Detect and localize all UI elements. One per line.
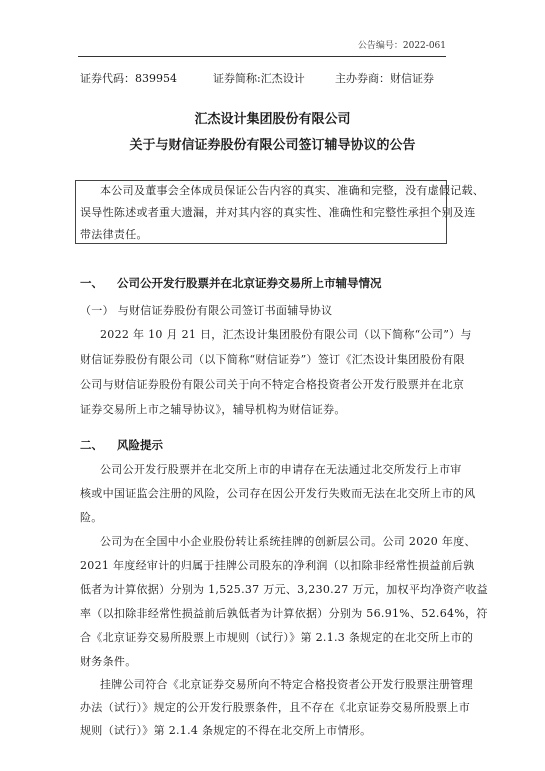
stock-code: 证券代码：839954: [80, 70, 177, 86]
paragraph-line: 合《北京证券交易所股票上市规则（试行）》第 2.1.3 条规定的在北交所上市的: [80, 629, 473, 645]
section-number: 一、: [80, 275, 103, 291]
sponsor-broker: 主办券商：财信证券: [335, 70, 434, 86]
section-number: 二、: [80, 437, 103, 453]
paragraph-line: 财务条件。: [80, 653, 137, 669]
title-company: 汇杰设计集团股份有限公司: [0, 108, 545, 127]
paragraph-line: 2022 年 10 月 21 日，汇杰设计集团股份有限公司（以下简称“公司”）与: [100, 326, 472, 342]
header-rule: [78, 56, 446, 57]
paragraph-line: 证券交易所上市之辅导协议》，辅导机构为财信证券。: [80, 401, 346, 417]
paragraph-line: 2021 年度经审计的归属于挂牌公司股东的净利润（以扣除非经常性损益前后孰: [80, 557, 475, 573]
section-title: 公司公开发行股票并在北京证券交易所上市辅导情况: [117, 275, 382, 291]
disclaimer-line: 误导性陈述或者重大遗漏，并对其内容的真实性、准确性和完整性承担个别及连: [80, 204, 476, 220]
paragraph-line: 公司与财信证券股份有限公司关于向不特定合格投资者公开发行股票并在北京: [80, 376, 464, 392]
paragraph-line: 办法（试行）》规定的公开发行股票条件，且不存在《北京证券交易所股票上市: [80, 699, 470, 715]
paragraph-line: 公司公开发行股票并在北交所上市的申请存在无法通过北交所发行上市审: [100, 461, 462, 477]
paragraph-line: 低者为计算依据）分别为 1,525.37 万元、3,230.27 万元，加权平均…: [80, 581, 488, 597]
section-title: 风险提示: [117, 437, 163, 453]
paragraph-line: 挂牌公司符合《北京证券交易所向不特定合格投资者公开发行股票注册管理: [100, 676, 473, 692]
disclaimer-line: 本公司及董事会全体成员保证公告内容的真实、准确和完整，没有虚假记载、: [100, 182, 484, 198]
paragraph-line: 核或中国证监会注册的风险，公司存在因公开发行失败而无法在北交所上市的风: [80, 485, 476, 501]
paragraph-line: 率（以扣除非经常性损益前后孰低者为计算依据）分别为 56.91%、52.64%，…: [80, 605, 488, 621]
disclaimer-line: 带法律责任。: [80, 226, 148, 242]
paragraph-line: 财信证券股份有限公司（以下简称“财信证券”）签订《汇杰设计集团股份有限: [80, 351, 465, 367]
stock-name: 证券简称:汇杰设计: [213, 70, 305, 86]
document-page: 公告编号：2022-061 证券代码：839954 证券简称:汇杰设计 主办券商…: [0, 0, 545, 771]
announcement-number: 公告编号：2022-061: [358, 38, 446, 51]
paragraph-line: 规则（试行）》第 2.1.4 条规定的不得在北交所上市情形。: [80, 722, 371, 738]
subsection-heading: （一） 与财信证券股份有限公司签订书面辅导协议: [80, 302, 332, 318]
title-subject: 关于与财信证券股份有限公司签订辅导协议的公告: [0, 134, 545, 153]
paragraph-line: 公司为在全国中小企业股份转让系统挂牌的创新层公司。公司 2020 年度、: [100, 533, 476, 549]
paragraph-line: 险。: [80, 509, 103, 525]
